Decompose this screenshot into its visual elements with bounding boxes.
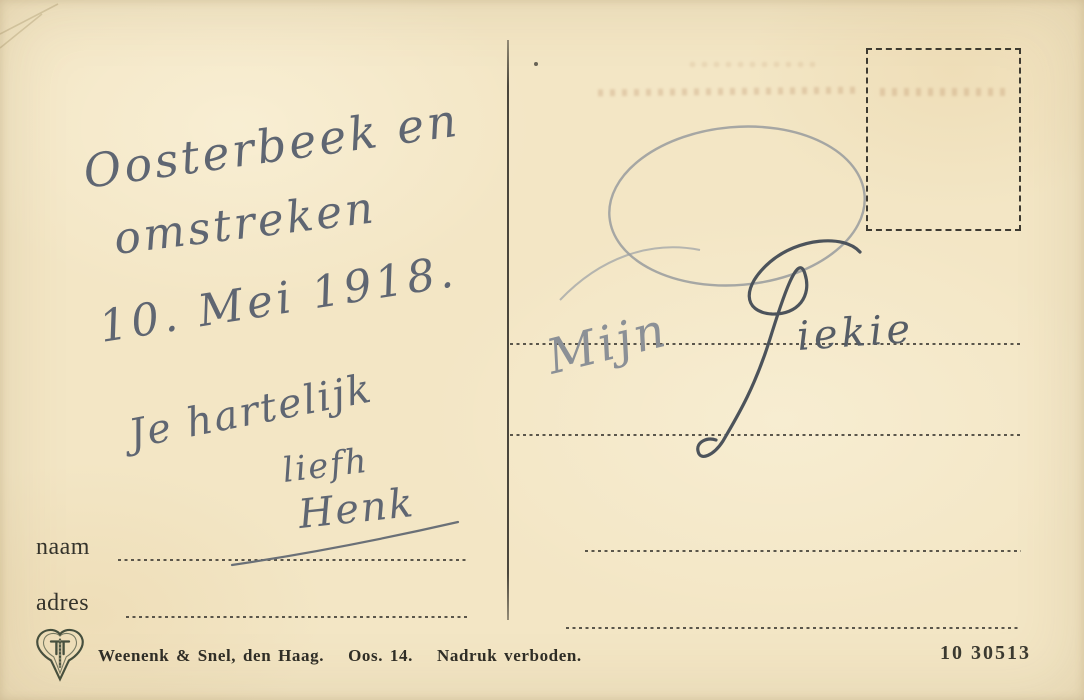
message-line-6: Henk bbox=[295, 480, 417, 538]
message-line-1: Oosterbeek en bbox=[80, 93, 463, 199]
address-dotted-line bbox=[566, 627, 1018, 629]
serial-number: 10 30513 bbox=[940, 642, 1031, 665]
rights-notice: Nadruk verboden. bbox=[437, 646, 582, 665]
message-line-5: liefh bbox=[280, 441, 371, 491]
adres-dotted-line bbox=[126, 616, 468, 618]
message-line-3: 10. Mei 1918. bbox=[96, 246, 461, 353]
publisher-name: Weenenk & Snel, den Haag. bbox=[98, 646, 324, 665]
name-label: naam bbox=[36, 534, 90, 561]
ink-speck bbox=[534, 62, 538, 66]
address-handwriting: Mijn iekie bbox=[540, 241, 915, 457]
stamp-box bbox=[866, 48, 1021, 231]
center-divider-line bbox=[507, 40, 509, 620]
address-dotted-line bbox=[510, 434, 1020, 436]
address-dotted-line bbox=[510, 343, 1020, 345]
message-line-4: Je hartelijk bbox=[118, 366, 376, 460]
weenenk-snel-monogram-icon bbox=[33, 627, 87, 683]
addressee-initial-flourish bbox=[698, 241, 860, 457]
addressee-word-riekie: iekie bbox=[795, 306, 915, 360]
pencil-sweep bbox=[560, 247, 700, 300]
message-line-2: omstreken bbox=[111, 182, 379, 265]
bleed-through-smudge bbox=[598, 87, 860, 97]
bleed-through-smudge bbox=[690, 62, 820, 67]
name-dotted-line bbox=[118, 559, 468, 561]
address-dotted-line bbox=[585, 550, 1021, 552]
pencil-oval bbox=[603, 116, 872, 296]
publisher-imprint: Weenenk & Snel, den Haag.Oos. 14.Nadruk … bbox=[98, 646, 582, 666]
message-handwriting: Oosterbeek en omstreken 10. Mei 1918. Je… bbox=[80, 93, 463, 565]
address-label: adres bbox=[36, 590, 89, 617]
corner-scratch bbox=[0, 4, 58, 48]
postcard-back: naam adres Weenenk & Snel, den Haag.Oos.… bbox=[0, 0, 1084, 700]
series-number: Oos. 14. bbox=[348, 646, 413, 665]
